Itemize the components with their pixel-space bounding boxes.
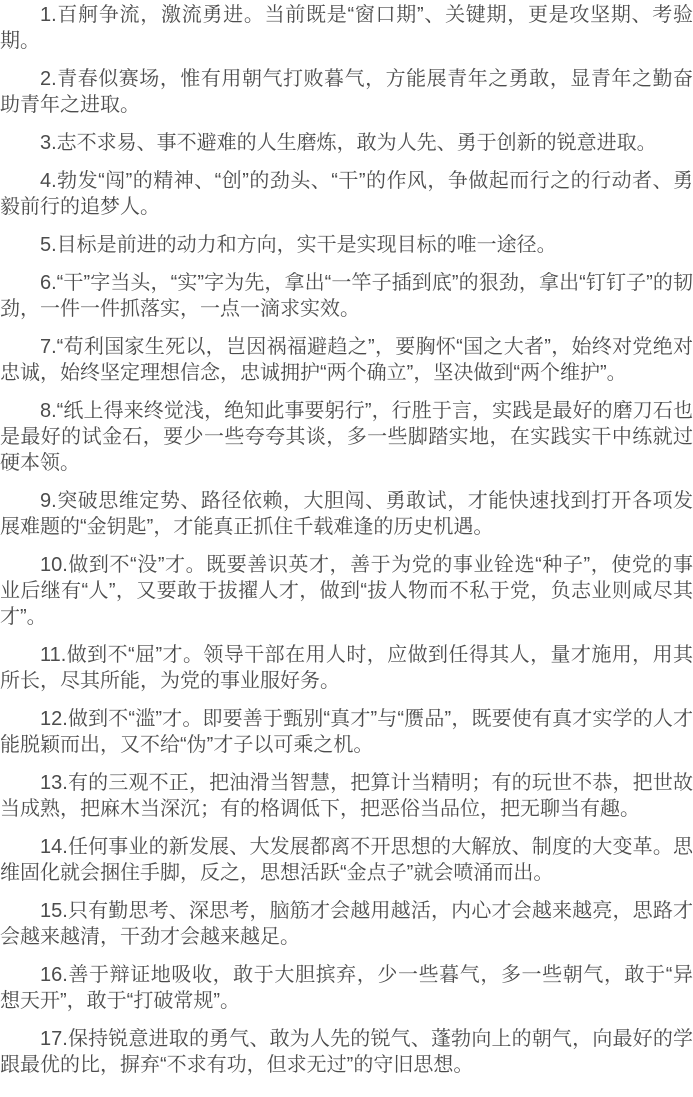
paragraph-12: 12.做到不“滥”才。即要善于甄别“真才”与“赝品”，既要使有真才实学的人才能脱… [0,706,693,758]
paragraph-4: 4.勃发“闯”的精神、“创”的劲头、“干”的作风，争做起而行之的行动者、勇毅前行… [0,168,693,220]
paragraph-17: 17.保持锐意进取的勇气、敢为人先的锐气、蓬勃向上的朝气，向最好的学跟最优的比，… [0,1026,693,1078]
paragraph-7: 7.“苟利国家生死以，岂因祸福避趋之”，要胸怀“国之大者”，始终对党绝对忠诚，始… [0,334,693,386]
paragraph-1: 1.百舸争流，激流勇进。当前既是“窗口期”、关键期，更是攻坚期、考验期。 [0,2,693,54]
paragraph-6: 6.“干”字当头，“实”字为先，拿出“一竿子插到底”的狠劲，拿出“钉钉子”的韧劲… [0,270,693,322]
paragraph-15: 15.只有勤思考、深思考，脑筋才会越用越活，内心才会越来越亮，思路才会越来越清，… [0,898,693,950]
paragraph-5: 5.目标是前进的动力和方向，实干是实现目标的唯一途径。 [0,232,693,258]
paragraph-16: 16.善于辩证地吸收，敢于大胆摈弃，少一些暮气，多一些朝气，敢于“异想天开”，敢… [0,962,693,1014]
paragraph-10: 10.做到不“没”才。既要善识英才，善于为党的事业铨选“种子”，使党的事业后继有… [0,552,693,630]
paragraph-9: 9.突破思维定势、路径依赖，大胆闯、勇敢试，才能快速找到打开各项发展难题的“金钥… [0,488,693,540]
paragraph-8: 8.“纸上得来终觉浅，绝知此事要躬行”，行胜于言，实践是最好的磨刀石也是最好的试… [0,398,693,476]
article-body: 1.百舸争流，激流勇进。当前既是“窗口期”、关键期，更是攻坚期、考验期。 2.青… [0,0,693,1097]
paragraph-14: 14.任何事业的新发展、大发展都离不开思想的大解放、制度的大变革。思维固化就会捆… [0,834,693,886]
paragraph-2: 2.青春似赛场，惟有用朝气打败暮气，方能展青年之勇敢，显青年之勤奋助青年之进取。 [0,66,693,118]
paragraph-13: 13.有的三观不正，把油滑当智慧，把算计当精明；有的玩世不恭，把世故当成熟，把麻… [0,770,693,822]
paragraph-3: 3.志不求易、事不避难的人生磨炼，敢为人先、勇于创新的锐意进取。 [0,130,693,156]
page: { "page": { "background_color": "#ffffff… [0,0,693,1097]
paragraph-11: 11.做到不“屈”才。领导干部在用人时，应做到任得其人，量才施用，用其所长，尽其… [0,642,693,694]
